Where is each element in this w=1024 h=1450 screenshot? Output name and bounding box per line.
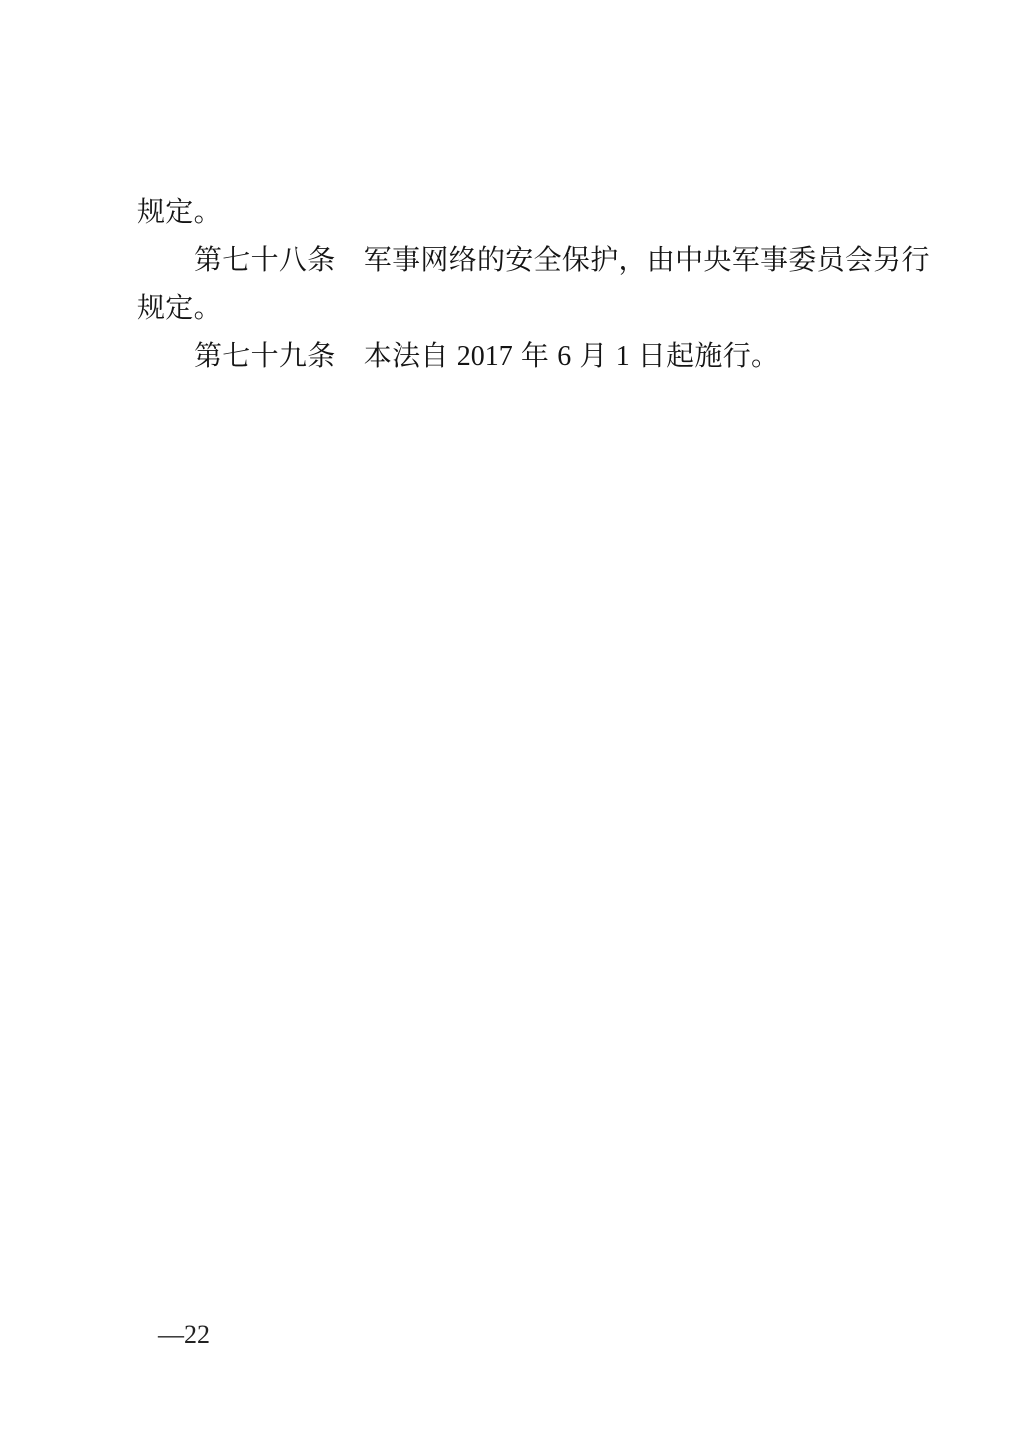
article-79-day: 1: [616, 341, 630, 372]
article-79-month: 6: [557, 341, 571, 372]
page-number: —22: [158, 1320, 210, 1350]
body-text: 规定。 第七十八条 军事网络的安全保护，由中央军事委员会另行 规定。 第七十九条…: [137, 188, 937, 380]
text-line-article-78: 第七十八条 军事网络的安全保护，由中央军事委员会另行: [137, 236, 937, 284]
article-79-text-part: 日起施行。: [630, 340, 780, 371]
article-79-text-part: 年: [513, 340, 557, 371]
text-line-continuation-1: 规定。: [137, 188, 937, 236]
text-line-continuation-2: 规定。: [137, 284, 937, 332]
article-79-text-part: 第七十九条 本法自: [194, 340, 457, 371]
document-page: 规定。 第七十八条 军事网络的安全保护，由中央军事委员会另行 规定。 第七十九条…: [0, 0, 1024, 1450]
article-79-year: 2017: [457, 341, 513, 372]
article-79-text-part: 月: [571, 340, 615, 371]
text-line-article-79: 第七十九条 本法自 2017 年 6 月 1 日起施行。: [137, 332, 937, 380]
